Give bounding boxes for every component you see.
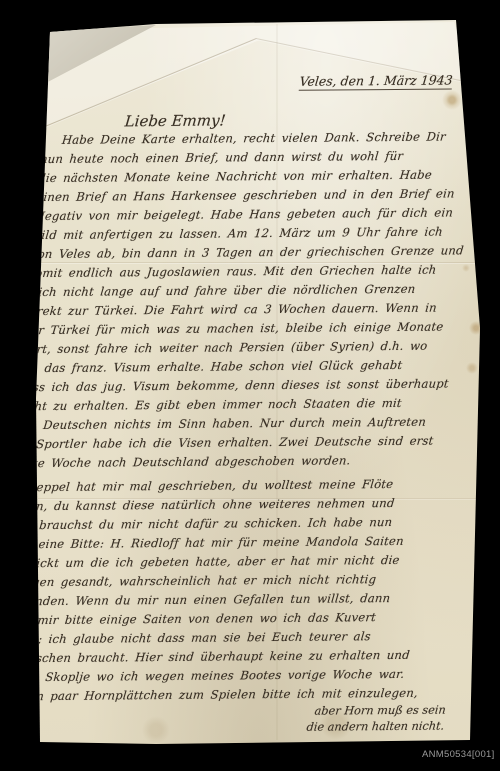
letter-content: Veles, den 1. März 1943 Liebe Emmy! Habe… bbox=[33, 16, 485, 746]
dateline-text: Veles, den 1. März 1943 bbox=[299, 72, 454, 90]
salutation: Liebe Emmy! bbox=[124, 111, 227, 130]
handwritten-line: als Sportler habe ich die Visen erhalten… bbox=[12, 432, 441, 455]
closing-lines: aber Horn muß es seindie andern halten n… bbox=[306, 703, 447, 736]
paragraph: Seppel hat mir mal geschrieben, du wollt… bbox=[0, 475, 436, 707]
scan-background: Veles, den 1. März 1943 Liebe Emmy! Habe… bbox=[0, 0, 500, 771]
paragraph: Habe Deine Karte erhalten, recht vielen … bbox=[10, 127, 470, 473]
archive-reference-label: ANM50534[001] bbox=[422, 749, 495, 760]
handwritten-line: Habe Deine Karte erhalten, recht vielen … bbox=[41, 127, 470, 150]
dateline: Veles, den 1. März 1943 bbox=[32, 72, 453, 91]
handwritten-line: letzte Woche nach Deutschland abgeschobe… bbox=[10, 451, 439, 474]
closing-line: aber Horn muß es sein bbox=[308, 703, 447, 720]
closing-line: die andern halten nicht. bbox=[306, 719, 445, 736]
letter-page: Veles, den 1. März 1943 Liebe Emmy! Habe… bbox=[36, 18, 482, 744]
letter-body: Habe Deine Karte erhalten, recht vielen … bbox=[0, 127, 470, 706]
